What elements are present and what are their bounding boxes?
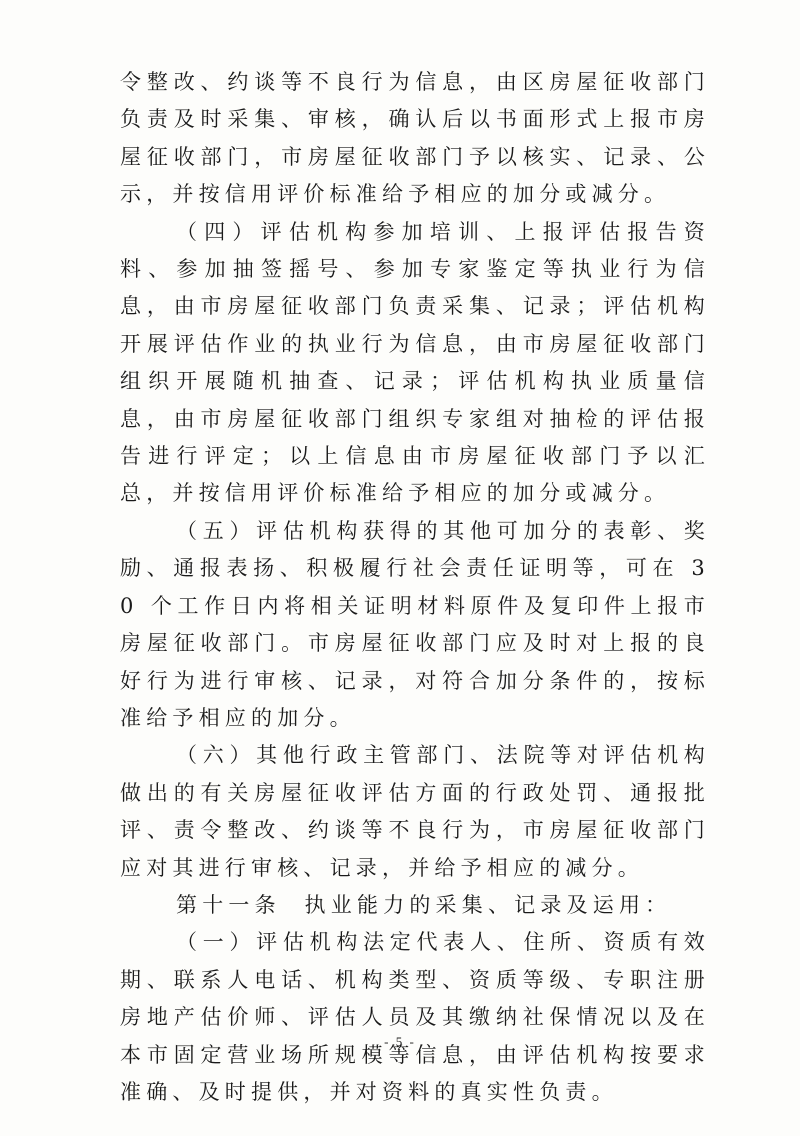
article-11-heading: 第十一条 执业能力的采集、记录及运用： xyxy=(120,887,710,924)
document-body: 令整改、约谈等不良行为信息，由区房屋征收部门负责及时采集、审核，确认后以书面形式… xyxy=(120,64,710,1111)
paragraph-continuation: 令整改、约谈等不良行为信息，由区房屋征收部门负责及时采集、审核，确认后以书面形式… xyxy=(120,64,710,214)
paragraph-item-4: （四）评估机构参加培训、上报评估报告资料、参加抽签摇号、参加专家鉴定等执业行为信… xyxy=(120,214,710,513)
page-number: - 5 - xyxy=(0,1034,800,1050)
paragraph-article-11-item-1: （一）评估机构法定代表人、住所、资质有效期、联系人电话、机构类型、资质等级、专职… xyxy=(120,924,710,1111)
paragraph-item-6: （六）其他行政主管部门、法院等对评估机构做出的有关房屋征收评估方面的行政处罚、通… xyxy=(120,737,710,887)
document-page: 令整改、约谈等不良行为信息，由区房屋征收部门负责及时采集、审核，确认后以书面形式… xyxy=(0,0,800,1136)
paragraph-item-5: （五）评估机构获得的其他可加分的表彰、奖励、通报表扬、积极履行社会责任证明等，可… xyxy=(120,513,710,737)
